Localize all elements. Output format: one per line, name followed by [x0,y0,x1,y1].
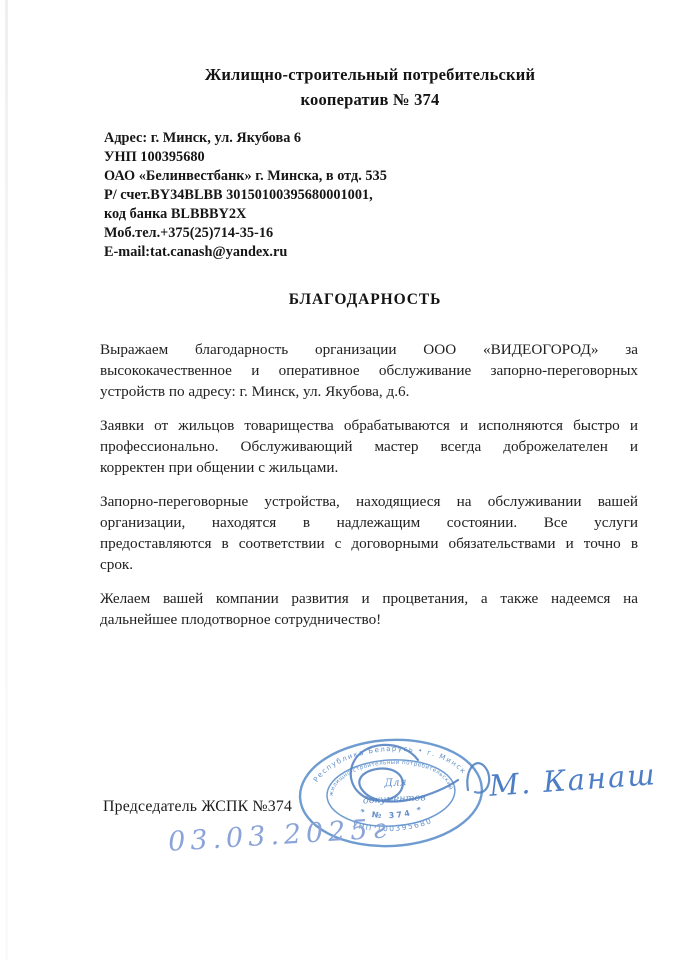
paragraph-2: Заявки от жильцов товарищества обрабатыв… [100,415,638,478]
paragraph-line: профессионально. Обслуживающий мастер вс… [100,436,638,457]
paragraph-line: высококачественное и оперативное обслужи… [100,360,638,381]
paragraph-line: срок. [100,554,638,575]
paragraph-line: организации, находятся в надлежащим сост… [100,512,638,533]
org-name-header: Жилищно-строительный потребительский коо… [100,62,640,112]
contact-address: Адрес: г. Минск, ул. Якубова 6 [104,129,574,148]
contact-block: Адрес: г. Минск, ул. Якубова 6 УНП 10039… [104,129,574,262]
contact-bank-code: код банка BLBBBY2X [104,205,574,224]
org-name-line1: Жилищно-строительный потребительский [100,62,640,87]
letter-title: БЛАГОДАРНОСТЬ [100,291,630,309]
paragraph-line: Заявки от жильцов товарищества обрабатыв… [100,415,638,436]
contact-bank: ОАО «Белинвестбанк» г. Минска, в отд. 53… [104,167,574,186]
document-page: Жилищно-строительный потребительский коо… [0,0,678,960]
paragraph-line: корректен при общении с жильцами. [100,457,638,478]
signoff-role: Председатель ЖСПК №374 [103,798,292,816]
scan-edge-artifact [5,0,8,960]
paragraph-line: предоставляются в соответствии с договор… [100,533,638,554]
contact-email: E-mail:tat.canash@yandex.ru [104,243,574,262]
signature-lead-stroke [467,763,489,793]
paragraph-line: устройств по адресу: г. Минск, ул. Якубо… [100,381,638,402]
letter-body: Выражаем благодарность организации ООО «… [100,339,638,643]
contact-unp: УНП 100395680 [104,148,574,167]
contact-phone: Моб.тел.+375(25)714-35-16 [104,224,574,243]
paragraph-line: дальнейшее плодотворное сотрудничество! [100,609,638,630]
paragraph-3: Запорно-переговорные устройства, находящ… [100,491,638,575]
contact-account: Р/ счет.BY34BLBB 30150100395680001001, [104,186,574,205]
paragraph-line: Выражаем благодарность организации ООО «… [100,339,638,360]
paragraph-line: Запорно-переговорные устройства, находящ… [100,491,638,512]
signature-flourish-ink [290,728,670,868]
paragraph-1: Выражаем благодарность организации ООО «… [100,339,638,402]
paragraph-line: Желаем вашей компании развития и процвет… [100,588,638,609]
signature-paraph-loop [351,745,458,802]
paragraph-4: Желаем вашей компании развития и процвет… [100,588,638,630]
org-name-line2: кооператив № 374 [100,87,640,112]
